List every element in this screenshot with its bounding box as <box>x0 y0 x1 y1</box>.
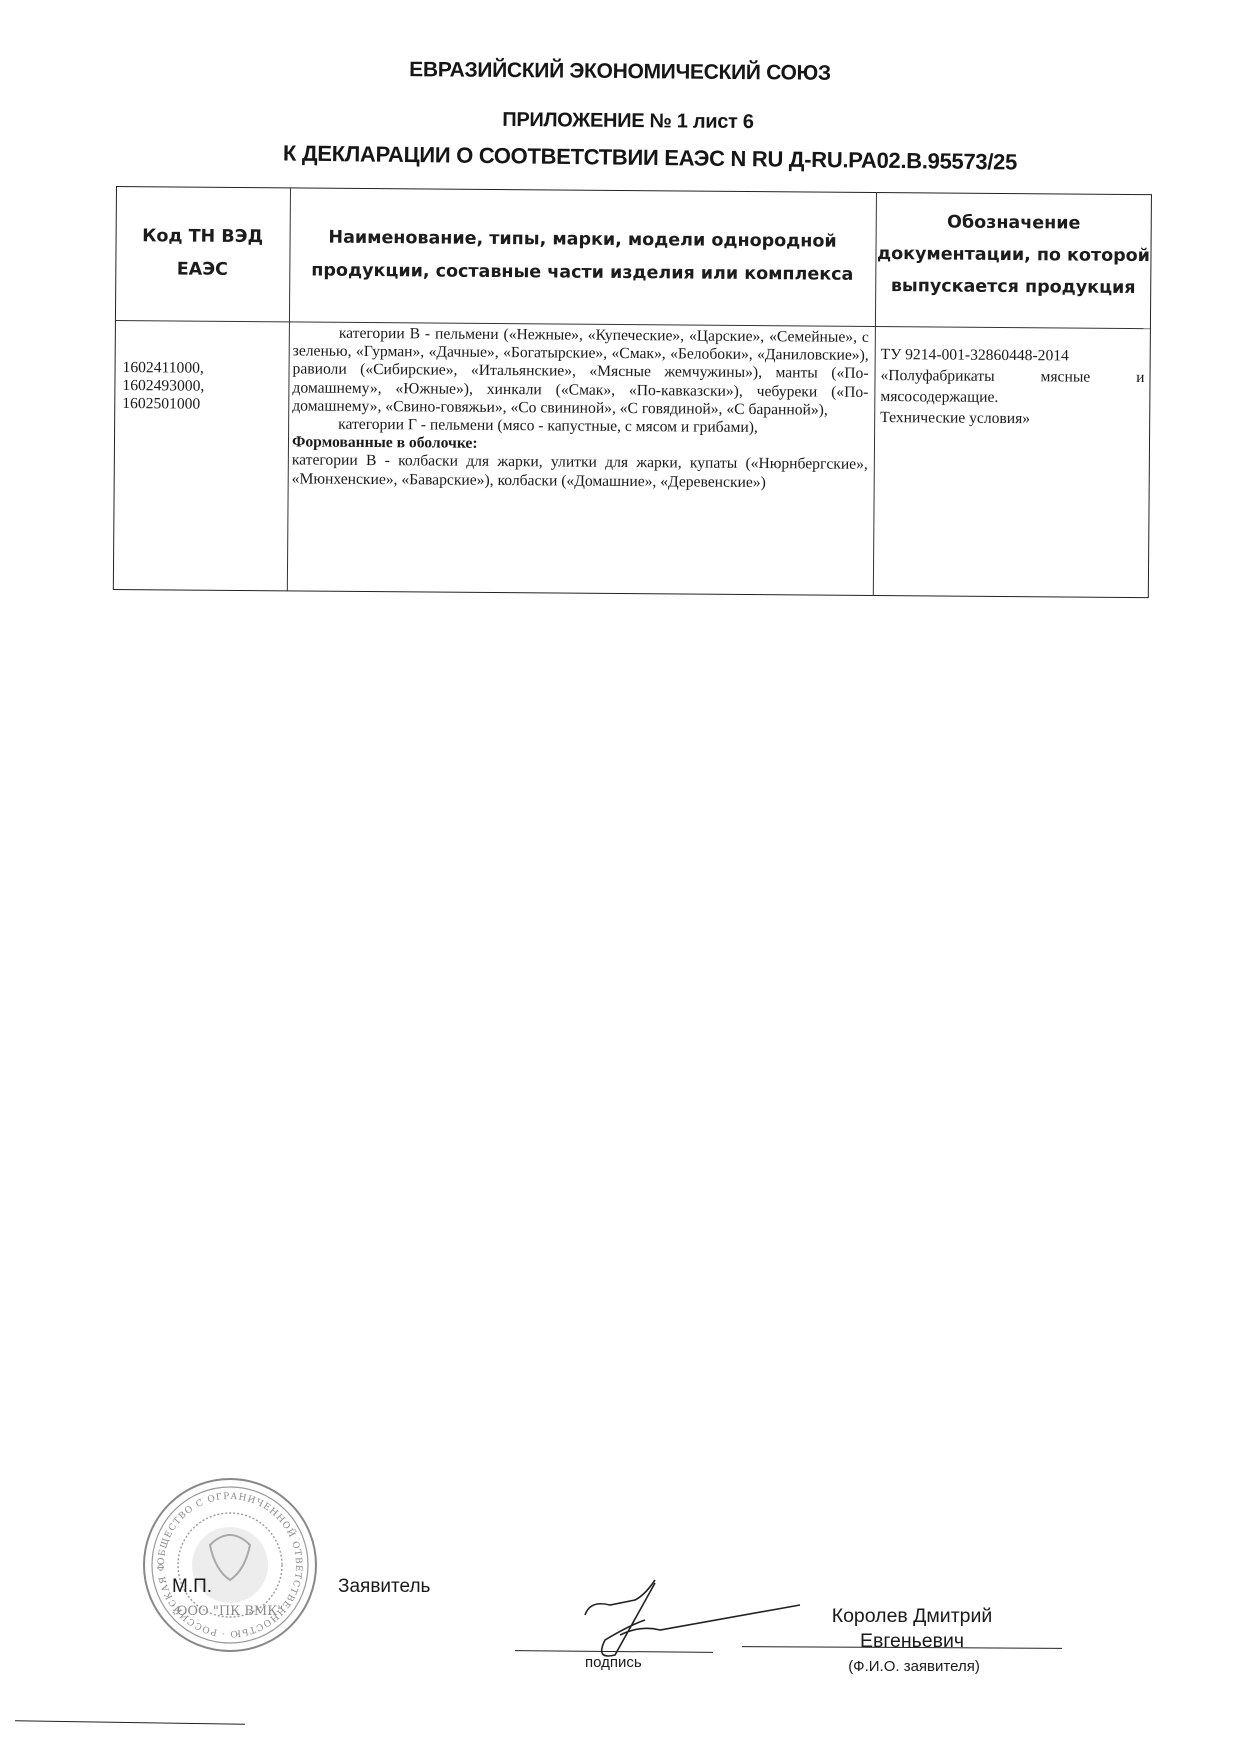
doc-standard-number: ТУ 9214-001-32860448-2014 <box>881 344 1145 367</box>
page-bottom-line <box>15 1720 245 1725</box>
declaration-title: К ДЕКЛАРАЦИИ О СООТВЕТСТВИИ ЕАЭС N RU Д-… <box>30 137 1240 178</box>
signature-caption: подпись <box>585 1654 642 1671</box>
description-casing-products: категории В - колбаски для жарки, улитки… <box>292 452 868 493</box>
stamp-label: М.П. <box>172 1576 212 1598</box>
applicant-name: Королев Дмитрий Евгеньевич <box>812 1604 1012 1654</box>
union-title: ЕВРАЗИЙСКИЙ ЭКОНОМИЧЕСКИЙ СОЮЗ <box>0 55 1240 90</box>
column-header-name: Наименование, типы, марки, модели одноро… <box>289 187 876 326</box>
column-header-documentation: Обозначение документации, по которой вып… <box>875 206 1152 358</box>
description-category-v: категории В - пельмени («Нежные», «Купеч… <box>292 324 869 420</box>
name-caption: (Ф.И.О. заявителя) <box>814 1658 1014 1675</box>
company-seal-icon: ОБЩЕСТВО С ОГРАНИЧЕННОЙ ОТВЕТСТВЕННОСТЬЮ… <box>140 1475 320 1655</box>
table-cell-codes: 1602411000, 1602493000, 1602501000 <box>122 359 282 415</box>
products-table: Код ТН ВЭД ЕАЭС Наименование, типы, марк… <box>113 186 1152 598</box>
table-cell-documentation: ТУ 9214-001-32860448-2014 «Полуфабрикаты… <box>880 344 1145 430</box>
table-cell-description: категории В - пельмени («Нежные», «Купеч… <box>292 324 869 492</box>
applicant-label: Заявитель <box>338 1576 430 1598</box>
doc-standard-title: «Полуфабрикаты мясные и мясосодержащие. <box>880 365 1144 409</box>
tn-ved-code: 1602411000, <box>122 359 282 378</box>
column-header-code: Код ТН ВЭД ЕАЭС <box>115 186 290 321</box>
doc-standard-subtitle: Технические условия» <box>880 407 1144 430</box>
tn-ved-code: 1602493000, <box>122 377 282 396</box>
tn-ved-code: 1602501000 <box>122 395 282 414</box>
appendix-title: ПРИЛОЖЕНИЕ № 1 лист 6 <box>8 105 1240 139</box>
svg-text:ООО "ПК ВМК": ООО "ПК ВМК" <box>177 1604 284 1619</box>
